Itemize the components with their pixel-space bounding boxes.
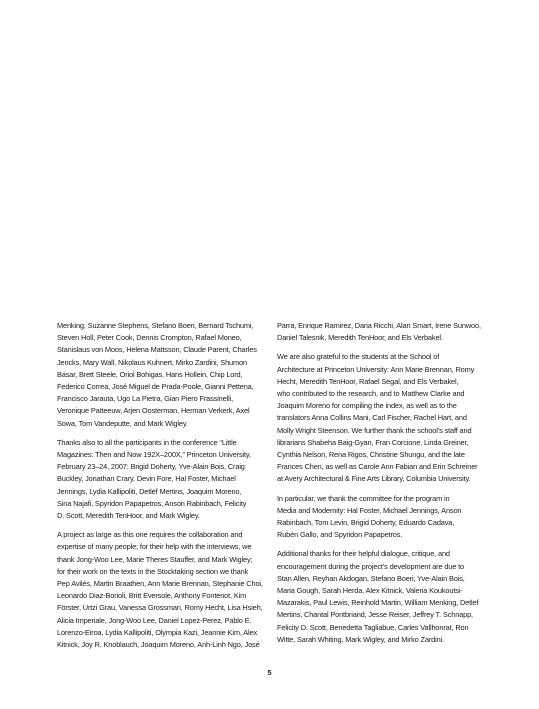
book-page: Menking, Suzanne Stephens, Stefano Boeri…: [0, 0, 539, 709]
text-line: Jencks, Mary Wall, Nikolaus Kuhnert, Mir…: [57, 357, 267, 369]
paragraph: A project as large as this one requires …: [57, 529, 267, 651]
text-line: Parra, Enrique Ramirez, Daria Ricchi, Al…: [277, 320, 497, 332]
text-line: librarians Shabeha Baig-Gyan, Fran Corci…: [277, 437, 497, 449]
text-line: at Avery Architectural & Fine Arts Libra…: [277, 473, 497, 485]
text-line: Felicity D. Scott, Benedetta Tagliabue, …: [277, 622, 497, 634]
text-line: Additional thanks for their helpful dial…: [277, 548, 497, 560]
text-line: Mertins, Chantal Pontbriand, Jesse Reise…: [277, 609, 497, 621]
text-line: Veronique Patteeuw, Arjen Oosterman, Her…: [57, 405, 267, 417]
text-column-left: Menking, Suzanne Stephens, Stefano Boeri…: [57, 320, 267, 658]
text-line: February 23–24, 2007: Brigid Doherty, Yv…: [57, 461, 267, 473]
text-line: Menking, Suzanne Stephens, Stefano Boeri…: [57, 320, 267, 332]
text-line: Thanks also to all the participants in t…: [57, 437, 267, 449]
text-line: Basar, Brett Steele, Oriol Bohigas, Hans…: [57, 369, 267, 381]
text-line: Federico Correa, José Miguel de Prada-Po…: [57, 381, 267, 393]
text-line: Rabinbach, Tom Levin, Brigid Doherty, Ed…: [277, 517, 497, 529]
acknowledgments-text-block: Menking, Suzanne Stephens, Stefano Boeri…: [57, 320, 497, 658]
page-number: 5: [0, 668, 539, 678]
text-line: Frances Chen, as well as Carole Ann Fabi…: [277, 461, 497, 473]
paragraph: In particular, we thank the committee fo…: [277, 493, 497, 542]
paragraph: We are also grateful to the students at …: [277, 351, 497, 485]
text-line: We are also grateful to the students at …: [277, 351, 497, 363]
text-line: Sina Najafi, Spyridon Papapetros, Anson …: [57, 498, 267, 510]
text-line: Alicia Imperiale, Jong-Woo Lee, Daniel L…: [57, 615, 267, 627]
text-line: Leonardo Diaz-Borioli, Britt Eversole, A…: [57, 590, 267, 602]
text-line: A project as large as this one requires …: [57, 529, 267, 541]
text-line: thank Jong-Woo Lee, Marie Theres Stauffe…: [57, 554, 267, 566]
text-line: In particular, we thank the committee fo…: [277, 493, 497, 505]
text-line: Sowa, Tom Vandeputte, and Mark Wigley.: [57, 418, 267, 430]
text-line: Molly Wright Steenson. We further thank …: [277, 425, 497, 437]
text-line: for their work on the texts in the Stock…: [57, 566, 267, 578]
text-line: Kitnick, Joy R. Knoblauch, Joaquim Moren…: [57, 639, 267, 651]
text-line: Buckley, Jonathan Crary, Devin Fore, Hal…: [57, 473, 267, 485]
text-line: translators Anna Collins Mani, Carl Fisc…: [277, 412, 497, 424]
text-line: Francisco Jarauta, Ugo La Pietra, Gian P…: [57, 393, 267, 405]
text-line: Förster, Urtzi Grau, Vanessa Grossman, R…: [57, 602, 267, 614]
text-line: Stan Allen, Reyhan Akdogan, Stefano Boer…: [277, 573, 497, 585]
text-line: Hecht, Meredith TenHoor, Rafael Segal, a…: [277, 376, 497, 388]
text-column-right: Parra, Enrique Ramirez, Daria Ricchi, Al…: [277, 320, 497, 653]
text-line: Joaquim Moreno for compiling the index, …: [277, 400, 497, 412]
text-line: Rubén Gallo, and Spyridon Papapetros.: [277, 529, 497, 541]
text-line: expertise of many people; for their help…: [57, 541, 267, 553]
paragraph: Parra, Enrique Ramirez, Daria Ricchi, Al…: [277, 320, 497, 344]
text-line: Jennings, Lydia Kallipoliti, Detlef Mert…: [57, 486, 267, 498]
text-line: who contributed to the research, and to …: [277, 388, 497, 400]
text-line: Architecture at Princeton University: An…: [277, 364, 497, 376]
text-line: D. Scott, Meredith TenHoor, and Mark Wig…: [57, 510, 267, 522]
text-line: Steven Holl, Peter Cook, Dennis Crompton…: [57, 332, 267, 344]
text-line: Lorenzo-Eiroa, Lydia Kallipoliti, Olympi…: [57, 627, 267, 639]
text-line: Maria Gough, Sarah Herda, Alex Kitnick, …: [277, 585, 497, 597]
paragraph: Thanks also to all the participants in t…: [57, 437, 267, 522]
text-line: Pep Avilés, Martin Braathen, Ann Marie B…: [57, 578, 267, 590]
text-line: Witte, Sarah Whiting, Mark Wigley, and M…: [277, 634, 497, 646]
text-line: Cynthia Nelson, Rena Rigos, Christine Sh…: [277, 449, 497, 461]
paragraph: Menking, Suzanne Stephens, Stefano Boeri…: [57, 320, 267, 430]
text-line: encouragement during the project’s devel…: [277, 561, 497, 573]
text-line: Mazarakis, Paul Lewis, Reinhold Martin, …: [277, 597, 497, 609]
text-line: Stanislaus von Moos, Helena Mattsson, Cl…: [57, 344, 267, 356]
paragraph: Additional thanks for their helpful dial…: [277, 548, 497, 646]
text-line: Magazines: Then and Now 192X–200X,” Prin…: [57, 449, 267, 461]
text-line: Daniel Talesnik, Meredith TenHoor, and E…: [277, 332, 497, 344]
text-line: Media and Modernity: Hal Foster, Michael…: [277, 505, 497, 517]
